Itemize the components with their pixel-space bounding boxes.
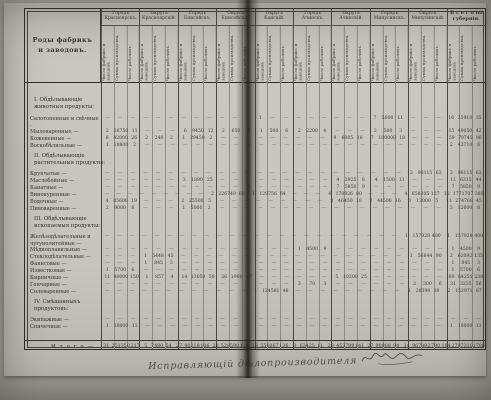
table-cell: 5850: [459, 185, 472, 192]
table-cell: 2: [365, 199, 377, 206]
table-cell: 6: [434, 282, 447, 289]
table-cell: 3: [178, 178, 191, 185]
table-cell: —: [203, 261, 216, 268]
section-heading: I. Обдѣлывающіе животныя продукты:: [34, 97, 106, 112]
table-cell: —: [151, 289, 163, 296]
table-cell: —: [229, 282, 242, 289]
table-cell: 4: [318, 129, 331, 136]
table-cell: —: [202, 171, 215, 178]
table-cell: 556067: [260, 344, 278, 349]
table-cell: 42000: [113, 136, 128, 143]
table-cell: —: [288, 234, 300, 247]
table-cell: 5700: [114, 268, 127, 275]
table-cell: —: [408, 317, 421, 324]
row-label: Экипажные —: [25, 317, 101, 324]
table-cell: —: [114, 247, 127, 254]
column-group-header: В с е г о по губерніи.: [447, 9, 485, 26]
table-cell: —: [331, 261, 344, 268]
table-cell: —: [204, 143, 217, 150]
table-cell: —: [177, 116, 190, 129]
table-cell: 10200: [343, 275, 358, 282]
table-cell: —: [300, 234, 312, 247]
table-cell: 2: [140, 136, 152, 143]
table-cell: —: [369, 324, 382, 331]
table-cell: 500: [268, 129, 281, 136]
table-cell: 8: [101, 136, 113, 143]
table-cell: —: [152, 317, 165, 324]
table-cell: 25500: [189, 199, 204, 206]
table-cell: 56644: [418, 254, 433, 261]
table-cell: —: [306, 178, 319, 185]
table-cell: 1: [101, 143, 114, 150]
table-cell: —: [306, 143, 319, 150]
table-cell: —: [316, 136, 328, 143]
table-cell: —: [357, 247, 370, 254]
table-cell: —: [139, 185, 152, 192]
table-cell: —: [382, 324, 395, 331]
table-cell: —: [101, 192, 113, 199]
table-cell: 226749: [218, 192, 236, 199]
table-cell: —: [203, 116, 216, 129]
subcolumn-header: Число фабрикъ и заводовъ.: [408, 26, 421, 83]
table-cell: —: [148, 192, 160, 199]
table-cell: 5: [331, 275, 344, 282]
table-cell: 3: [319, 282, 332, 289]
subcolumn-header: Число рабочихъ.: [434, 26, 447, 83]
table-cell: —: [357, 261, 370, 268]
table-cell: —: [379, 289, 391, 296]
table-cell: 1: [101, 268, 114, 275]
table-cell: 90908: [376, 344, 391, 349]
table-cell: 11: [128, 324, 141, 331]
table-cell: —: [408, 275, 421, 282]
table-cell: 2: [205, 136, 217, 143]
table-cell: —: [178, 247, 191, 254]
column-group-header: Округъ Ачинскій.: [331, 9, 369, 26]
table-cell: —: [101, 282, 114, 289]
table-cell: —: [421, 178, 434, 185]
table-cell: —: [268, 324, 281, 331]
table-cell: 1: [139, 261, 152, 268]
table-cell: —: [242, 261, 255, 268]
table-cell: 2200: [306, 129, 319, 136]
table-cell: —: [165, 199, 177, 206]
table-cell: 12600: [458, 206, 473, 213]
table-cell: —: [202, 254, 215, 261]
table-cell: —: [344, 324, 357, 331]
table-cell: —: [228, 116, 241, 129]
table-cell: —: [356, 129, 369, 136]
table-cell: —: [254, 136, 266, 143]
table-cell: —: [237, 289, 249, 296]
table-cell: —: [138, 234, 150, 247]
table-cell: —: [101, 116, 114, 129]
table-cell: 9000: [114, 206, 127, 213]
table-cell: —: [242, 268, 255, 275]
table-cell: 2: [293, 129, 306, 136]
table-cell: 11: [395, 178, 408, 185]
table-cell: 400: [430, 234, 442, 247]
table-cell: 79745: [458, 136, 473, 143]
table-cell: —: [291, 254, 304, 261]
subcolumn-header: Число фабрикъ и заводовъ.: [370, 26, 383, 83]
table-cell: 6: [126, 206, 139, 213]
table-cell: 28390: [416, 289, 431, 296]
table-cell: —: [191, 261, 204, 268]
table-cell: —: [383, 317, 396, 324]
table-cell: 1: [405, 254, 418, 261]
table-cell: 4: [331, 178, 344, 185]
table-cell: —: [114, 282, 127, 289]
table-cell: —: [188, 234, 200, 247]
table-cell: —: [178, 317, 191, 324]
table-cell: 857: [153, 275, 166, 282]
table-cell: —: [183, 192, 195, 199]
table-cell: 6: [280, 129, 293, 136]
column-group-header: Округъ Минусинскій.: [408, 9, 446, 26]
table-cell: 380: [473, 192, 485, 199]
table-cell: 3: [293, 282, 306, 289]
table-cell: —: [434, 317, 447, 324]
table-cell: —: [407, 129, 420, 136]
subcolumn-header: Сумма производства.: [191, 26, 204, 83]
table-cell: —: [241, 206, 254, 213]
table-cell: —: [188, 289, 200, 296]
table-cell: 4: [370, 178, 383, 185]
table-cell: —: [267, 185, 280, 192]
table-cell: —: [139, 317, 152, 324]
table-cell: —: [179, 324, 192, 331]
table-cell: —: [318, 206, 331, 213]
table-cell: —: [141, 143, 154, 150]
table-cell: —: [344, 143, 357, 150]
table-cell: —: [165, 282, 178, 289]
table-cell: —: [228, 254, 241, 261]
table-cell: —: [175, 289, 187, 296]
table-row: Желѣзодѣлательные и чугунолитейные —————…: [25, 234, 485, 247]
table-cell: 70: [306, 282, 319, 289]
table-cell: 1890: [191, 178, 204, 185]
table-cell: —: [280, 282, 293, 289]
table-cell: —: [141, 324, 154, 331]
table-cell: —: [383, 268, 396, 275]
table-cell: —: [407, 206, 420, 213]
table-cell: 64: [277, 192, 289, 199]
table-cell: —: [318, 116, 331, 129]
table-cell: —: [356, 324, 369, 331]
table-cell: 59: [446, 136, 458, 143]
table-cell: —: [166, 129, 179, 136]
table-cell: —: [343, 206, 356, 213]
table-cell: —: [293, 178, 306, 185]
table-cell: 18800: [114, 143, 129, 150]
row-label: Крупчатые —: [25, 171, 101, 178]
table-cell: —: [178, 261, 191, 268]
table-cell: —: [230, 136, 242, 143]
table-cell: —: [228, 171, 241, 178]
table-cell: —: [141, 129, 154, 136]
table-cell: 2: [326, 199, 338, 206]
table-cell: —: [383, 261, 396, 268]
table-cell: —: [292, 289, 304, 296]
table-cell: 85600: [113, 199, 128, 206]
table-cell: —: [127, 185, 140, 192]
table-cell: —: [216, 261, 229, 268]
subcolumn-header: Число рабочихъ.: [203, 26, 216, 83]
table-cell: —: [101, 247, 114, 254]
table-cell: —: [331, 268, 344, 275]
table-cell: 127: [429, 192, 441, 199]
table-cell: —: [255, 317, 268, 324]
table-cell: 5000: [190, 206, 203, 213]
table-cell: —: [228, 199, 240, 206]
table-cell: —: [395, 282, 408, 289]
table-cell: —: [253, 254, 266, 261]
table-cell: —: [191, 247, 204, 254]
subcolumn-header: Число фабрикъ и заводовъ.: [101, 26, 114, 83]
table-cell: 10: [353, 199, 365, 206]
table-cell: —: [316, 254, 329, 261]
table-cell: —: [140, 199, 152, 206]
subcolumn-header: Сумма производства.: [267, 26, 280, 83]
table-cell: —: [139, 268, 152, 275]
table-row: Фаянсовые ————18453—————————————————————…: [25, 261, 485, 268]
statistics-table: Роды фабрикъ и заводовъ. Городъ Краснояр…: [24, 8, 486, 350]
table-cell: —: [280, 178, 293, 185]
table-cell: —: [252, 199, 264, 206]
table-row: Винокуренные ——————————22267496011297566…: [25, 192, 485, 199]
table-cell: —: [225, 289, 237, 296]
subcolumn-header: Число фабрикъ и заводовъ.: [255, 26, 268, 83]
table-cell: —: [365, 192, 377, 199]
table-cell: —: [420, 275, 433, 282]
table-cell: —: [421, 317, 434, 324]
table-cell: 500: [382, 129, 395, 136]
table-cell: —: [329, 289, 341, 296]
table-cell: 90: [432, 254, 445, 261]
table-cell: 9: [357, 185, 370, 192]
table-cell: 48: [279, 289, 291, 296]
table-cell: —: [126, 289, 138, 296]
table-cell: —: [203, 317, 216, 324]
table-cell: —: [354, 171, 367, 178]
table-cell: 69: [445, 275, 458, 282]
table-cell: —: [292, 206, 305, 213]
subcolumn-header: Сумма производства.: [229, 26, 242, 83]
table-cell: 1: [400, 234, 412, 247]
table-cell: —: [383, 185, 396, 192]
table-cell: —: [114, 171, 127, 178]
table-cell: —: [241, 116, 254, 129]
table-cell: —: [421, 185, 434, 192]
table-cell: —: [383, 282, 396, 289]
table-cell: 16: [445, 116, 458, 129]
table-cell: —: [139, 282, 152, 289]
table-cell: —: [136, 192, 148, 199]
table-cell: —: [160, 192, 172, 199]
table-cell: —: [293, 324, 306, 331]
table-cell: 4: [324, 192, 336, 199]
table-cell: 1: [178, 136, 190, 143]
table-cell: 6: [179, 129, 192, 136]
table-cell: —: [420, 324, 433, 331]
table-cell: 39: [430, 289, 442, 296]
table-cell: 11: [315, 344, 326, 349]
table-cell: —: [226, 234, 238, 247]
table-cell: —: [367, 171, 380, 178]
table-cell: —: [126, 116, 139, 129]
table-cell: —: [382, 143, 395, 150]
table-cell: —: [154, 143, 167, 150]
table-row: Салотопенные и свѣчные .————————————1———…: [25, 116, 485, 129]
table-cell: —: [267, 136, 279, 143]
table-cell: 3: [445, 206, 458, 213]
table-cell: —: [325, 234, 337, 247]
table-cell: 31: [447, 282, 460, 289]
table-cell: —: [127, 282, 140, 289]
table-cell: 1: [254, 116, 267, 129]
section-heading: IV. Смѣшанныхъ продуктовъ:: [34, 299, 106, 314]
table-cell: —: [255, 324, 268, 331]
table-cell: 2: [408, 282, 421, 289]
table-cell: —: [216, 199, 228, 206]
section-heading: II. Обдѣлывающіе растительныя продукты:: [34, 153, 106, 168]
table-cell: —: [212, 289, 224, 296]
table-cell: —: [190, 116, 203, 129]
table-cell: —: [152, 199, 164, 206]
table-cell: —: [229, 185, 242, 192]
table-cell: 10000: [114, 324, 129, 331]
table-cell: —: [230, 324, 243, 331]
row-label: Спичечные —: [25, 324, 101, 331]
subcolumn-header: Число рабочихъ.: [319, 26, 332, 83]
table-cell: 18: [396, 136, 408, 143]
table-cell: —: [216, 247, 229, 254]
table-cell: 1: [447, 268, 460, 275]
table-cell: —: [344, 282, 357, 289]
table-cell: —: [216, 178, 229, 185]
table-cell: —: [356, 206, 369, 213]
subcolumn-header: Сумма производства.: [306, 26, 319, 83]
table-cell: —: [434, 178, 447, 185]
table-cell: 400: [473, 234, 485, 247]
table-cell: —: [178, 282, 191, 289]
table-cell: 29450: [190, 136, 205, 143]
table-cell: 6: [127, 268, 140, 275]
table-row: Пивоваренные —290006———150002———————————…: [25, 206, 485, 213]
subcolumn-header: Сумма производства.: [459, 26, 472, 83]
table-cell: 150: [128, 275, 141, 282]
table-cell: —: [192, 324, 205, 331]
table-cell: —: [407, 324, 420, 331]
table-cell: —: [432, 206, 445, 213]
subcolumn-header: Сумма производства.: [383, 26, 396, 83]
table-cell: —: [331, 282, 344, 289]
table-cell: —: [203, 282, 216, 289]
table-cell: —: [216, 282, 229, 289]
table-cell: —: [330, 206, 343, 213]
section-heading: III. Обдѣлывающіе ископаемыя продукты:: [34, 216, 106, 231]
table-cell: —: [344, 261, 357, 268]
table-cell: —: [277, 199, 289, 206]
table-cell: 238: [472, 275, 485, 282]
table-cell: —: [306, 317, 319, 324]
row-label: Винокуренные —: [25, 192, 101, 199]
table-cell: —: [216, 268, 229, 275]
table-cell: —: [293, 261, 306, 268]
table-cell: —: [306, 261, 319, 268]
table-cell: 14: [178, 275, 191, 282]
table-cell: 136: [279, 344, 290, 349]
column-group-header: Округъ Енисейскій.: [216, 9, 254, 26]
table-cell: —: [395, 275, 408, 282]
table-row: Известковые —157006—————————————————————…: [25, 268, 485, 275]
table-cell: —: [267, 268, 280, 275]
table-cell: —: [407, 143, 420, 150]
table-cell: 9: [319, 247, 332, 254]
column-group-header: Округъ Красноярскій.: [139, 9, 177, 26]
table-cell: 54: [163, 344, 174, 349]
table-cell: 157928: [455, 234, 473, 247]
table-cell: 4: [166, 275, 179, 282]
table-cell: —: [166, 143, 179, 150]
table-cell: —: [341, 289, 353, 296]
table-cell: —: [432, 129, 445, 136]
table-cell: —: [312, 192, 324, 199]
table-cell: 2: [128, 143, 141, 150]
table-cell: —: [165, 116, 178, 129]
table-cell: —: [370, 317, 383, 324]
table-cell: —: [370, 247, 383, 254]
table-cell: —: [217, 136, 229, 143]
row-label: Водочные —: [25, 199, 101, 206]
table-cell: —: [255, 282, 268, 289]
table-cell: —: [240, 254, 253, 261]
table-cell: 29: [326, 344, 337, 349]
table-cell: —: [305, 116, 318, 129]
table-cell: 6: [472, 268, 485, 275]
table-cell: —: [126, 254, 139, 261]
table-cell: 35910: [458, 116, 473, 129]
table-cell: 25: [358, 275, 371, 282]
table-cell: 6: [242, 129, 255, 136]
table-cell: —: [101, 178, 114, 185]
table-cell: —: [331, 324, 344, 331]
row-label: Желѣзодѣлательные и чугунолитейные —: [25, 234, 101, 247]
table-cell: —: [113, 192, 125, 199]
table-cell: 26: [218, 275, 231, 282]
table-cell: —: [240, 199, 252, 206]
table-cell: 80: [353, 192, 365, 199]
table-cell: —: [392, 171, 405, 178]
column-group-header: Городъ Енисейскъ.: [178, 9, 216, 26]
table-cell: 217: [130, 344, 141, 349]
table-cell: —: [216, 116, 229, 129]
table-cell: —: [255, 275, 268, 282]
table-cell: —: [304, 171, 317, 178]
table-cell: 11: [101, 275, 114, 282]
table-cell: —: [395, 247, 408, 254]
table-cell: 11: [447, 178, 460, 185]
table-cell: —: [318, 275, 331, 282]
table-cell: —: [432, 116, 445, 129]
table-cell: —: [114, 185, 127, 192]
table-cell: —: [356, 143, 369, 150]
table-cell: 650: [230, 129, 243, 136]
table-cell: —: [317, 289, 329, 296]
table-cell: —: [165, 178, 178, 185]
table-cell: 28: [210, 344, 221, 349]
